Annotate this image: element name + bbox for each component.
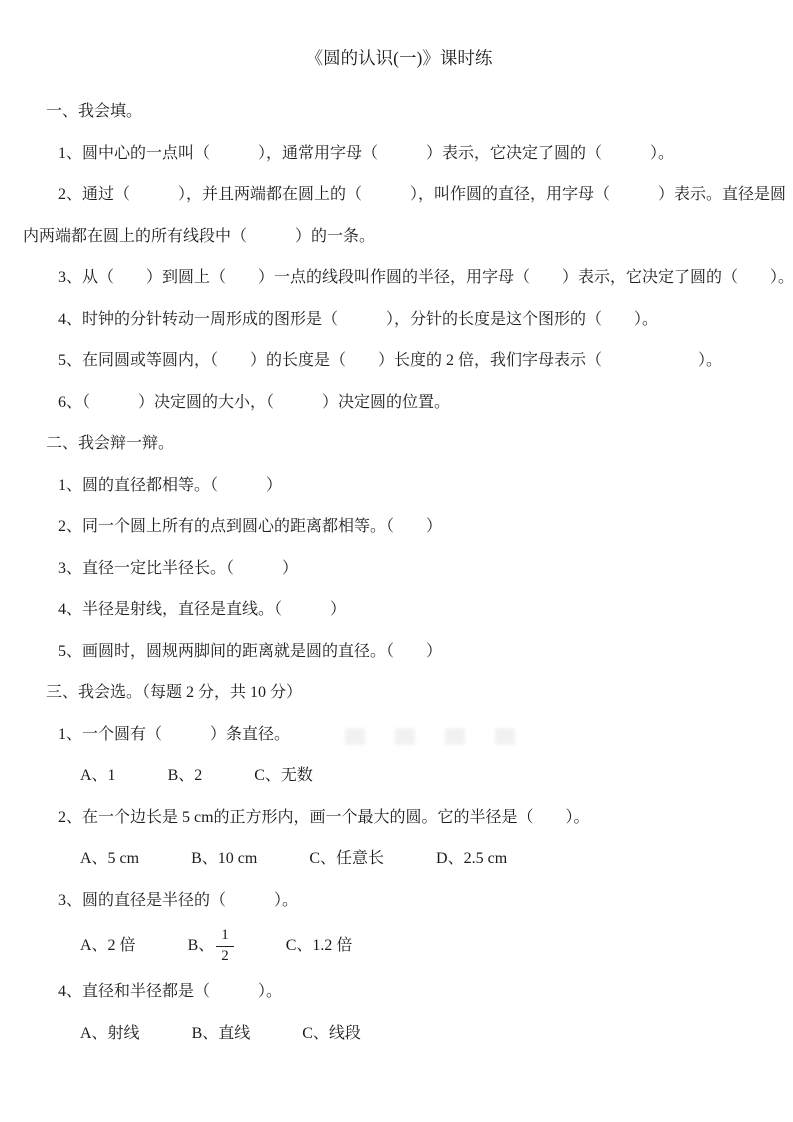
option-b: B、2 <box>168 755 203 797</box>
judge-item-3: 3、直径一定比半径长。（ ） <box>23 548 775 590</box>
fill-item-1: 1、圆中心的一点叫（ ），通常用字母（ ）表示，它决定了圆的（ ）。 <box>23 133 775 175</box>
section2-heading: 二、我会辩一辩。 <box>23 423 775 465</box>
fill-item-2-line1: 2、通过（ ），并且两端都在圆上的（ ），叫作圆的直径，用字母（ ）表示。直径是… <box>23 174 775 216</box>
fraction-one-half: 1 2 <box>216 928 234 965</box>
option-c: C、线段 <box>302 1013 361 1055</box>
section3-heading: 三、我会选。（每题 2 分，共 10 分） <box>23 672 775 714</box>
option-c: C、无数 <box>254 755 313 797</box>
option-b-prefix: B、 <box>188 921 215 971</box>
fill-item-4: 4、时钟的分针转动一周形成的图形是（ ），分针的长度是这个图形的（ ）。 <box>23 299 775 341</box>
option-c: C、任意长 <box>309 838 384 880</box>
section-fill-blanks: 一、我会填。 1、圆中心的一点叫（ ），通常用字母（ ）表示，它决定了圆的（ ）… <box>23 91 775 423</box>
section-true-false: 二、我会辩一辩。 1、圆的直径都相等。（ ） 2、同一个圆上所有的点到圆心的距离… <box>23 423 775 672</box>
option-d: D、2.5 cm <box>436 838 507 880</box>
fill-item-5: 5、在同圆或等圆内，（ ）的长度是（ ）长度的 2 倍，我们字母表示（ ）。 <box>23 340 775 382</box>
option-b: B、直线 <box>192 1013 251 1055</box>
judge-item-2: 2、同一个圆上所有的点到圆心的距离都相等。（ ） <box>23 506 775 548</box>
option-a: A、射线 <box>80 1013 140 1055</box>
option-c: C、1.2 倍 <box>286 921 353 971</box>
judge-item-4: 4、半径是射线，直径是直线。（ ） <box>23 589 775 631</box>
choice-options-2: A、5 cm B、10 cm C、任意长 D、2.5 cm <box>23 838 775 880</box>
choice-options-1: A、1 B、2 C、无数 <box>23 755 775 797</box>
fill-item-3: 3、从（ ）到圆上（ ）一点的线段叫作圆的半径，用字母（ ）表示，它决定了圆的（… <box>23 257 775 299</box>
option-a: A、2 倍 <box>80 921 136 971</box>
fill-item-6: 6、（ ）决定圆的大小，（ ）决定圆的位置。 <box>23 382 775 424</box>
judge-item-5: 5、画圆时，圆规两脚间的距离就是圆的直径。（ ） <box>23 631 775 673</box>
worksheet-page: 《圆的认识(一)》课时练 一、我会填。 1、圆中心的一点叫（ ），通常用字母（ … <box>0 0 793 1122</box>
section1-heading: 一、我会填。 <box>23 91 775 133</box>
choice-stem-4: 4、直径和半径都是（ ）。 <box>23 971 775 1013</box>
page-title: 《圆的认识(一)》课时练 <box>23 45 775 71</box>
choice-options-3: A、2 倍 B、 1 2 C、1.2 倍 <box>23 921 775 971</box>
fraction-numerator: 1 <box>216 928 234 947</box>
option-b: B、10 cm <box>191 838 257 880</box>
option-b: B、 1 2 <box>188 921 234 971</box>
choice-stem-1: 1、一个圆有（ ）条直径。 <box>23 714 775 756</box>
choice-stem-2: 2、在一个边长是 5 cm的正方形内，画一个最大的圆。它的半径是（ ）。 <box>23 797 775 839</box>
choice-options-4: A、射线 B、直线 C、线段 <box>23 1013 775 1055</box>
judge-item-1: 1、圆的直径都相等。（ ） <box>23 465 775 507</box>
option-a: A、5 cm <box>80 838 139 880</box>
fill-item-2-line2: 内两端都在圆上的所有线段中（ ）的一条。 <box>23 216 775 258</box>
choice-stem-3: 3、圆的直径是半径的（ ）。 <box>23 880 775 922</box>
option-a: A、1 <box>80 755 116 797</box>
fraction-denominator: 2 <box>216 947 234 965</box>
worksheet-body: 一、我会填。 1、圆中心的一点叫（ ），通常用字母（ ）表示，它决定了圆的（ ）… <box>23 91 775 1054</box>
section-multiple-choice: 三、我会选。（每题 2 分，共 10 分） 1、一个圆有（ ）条直径。 A、1 … <box>23 672 775 1054</box>
